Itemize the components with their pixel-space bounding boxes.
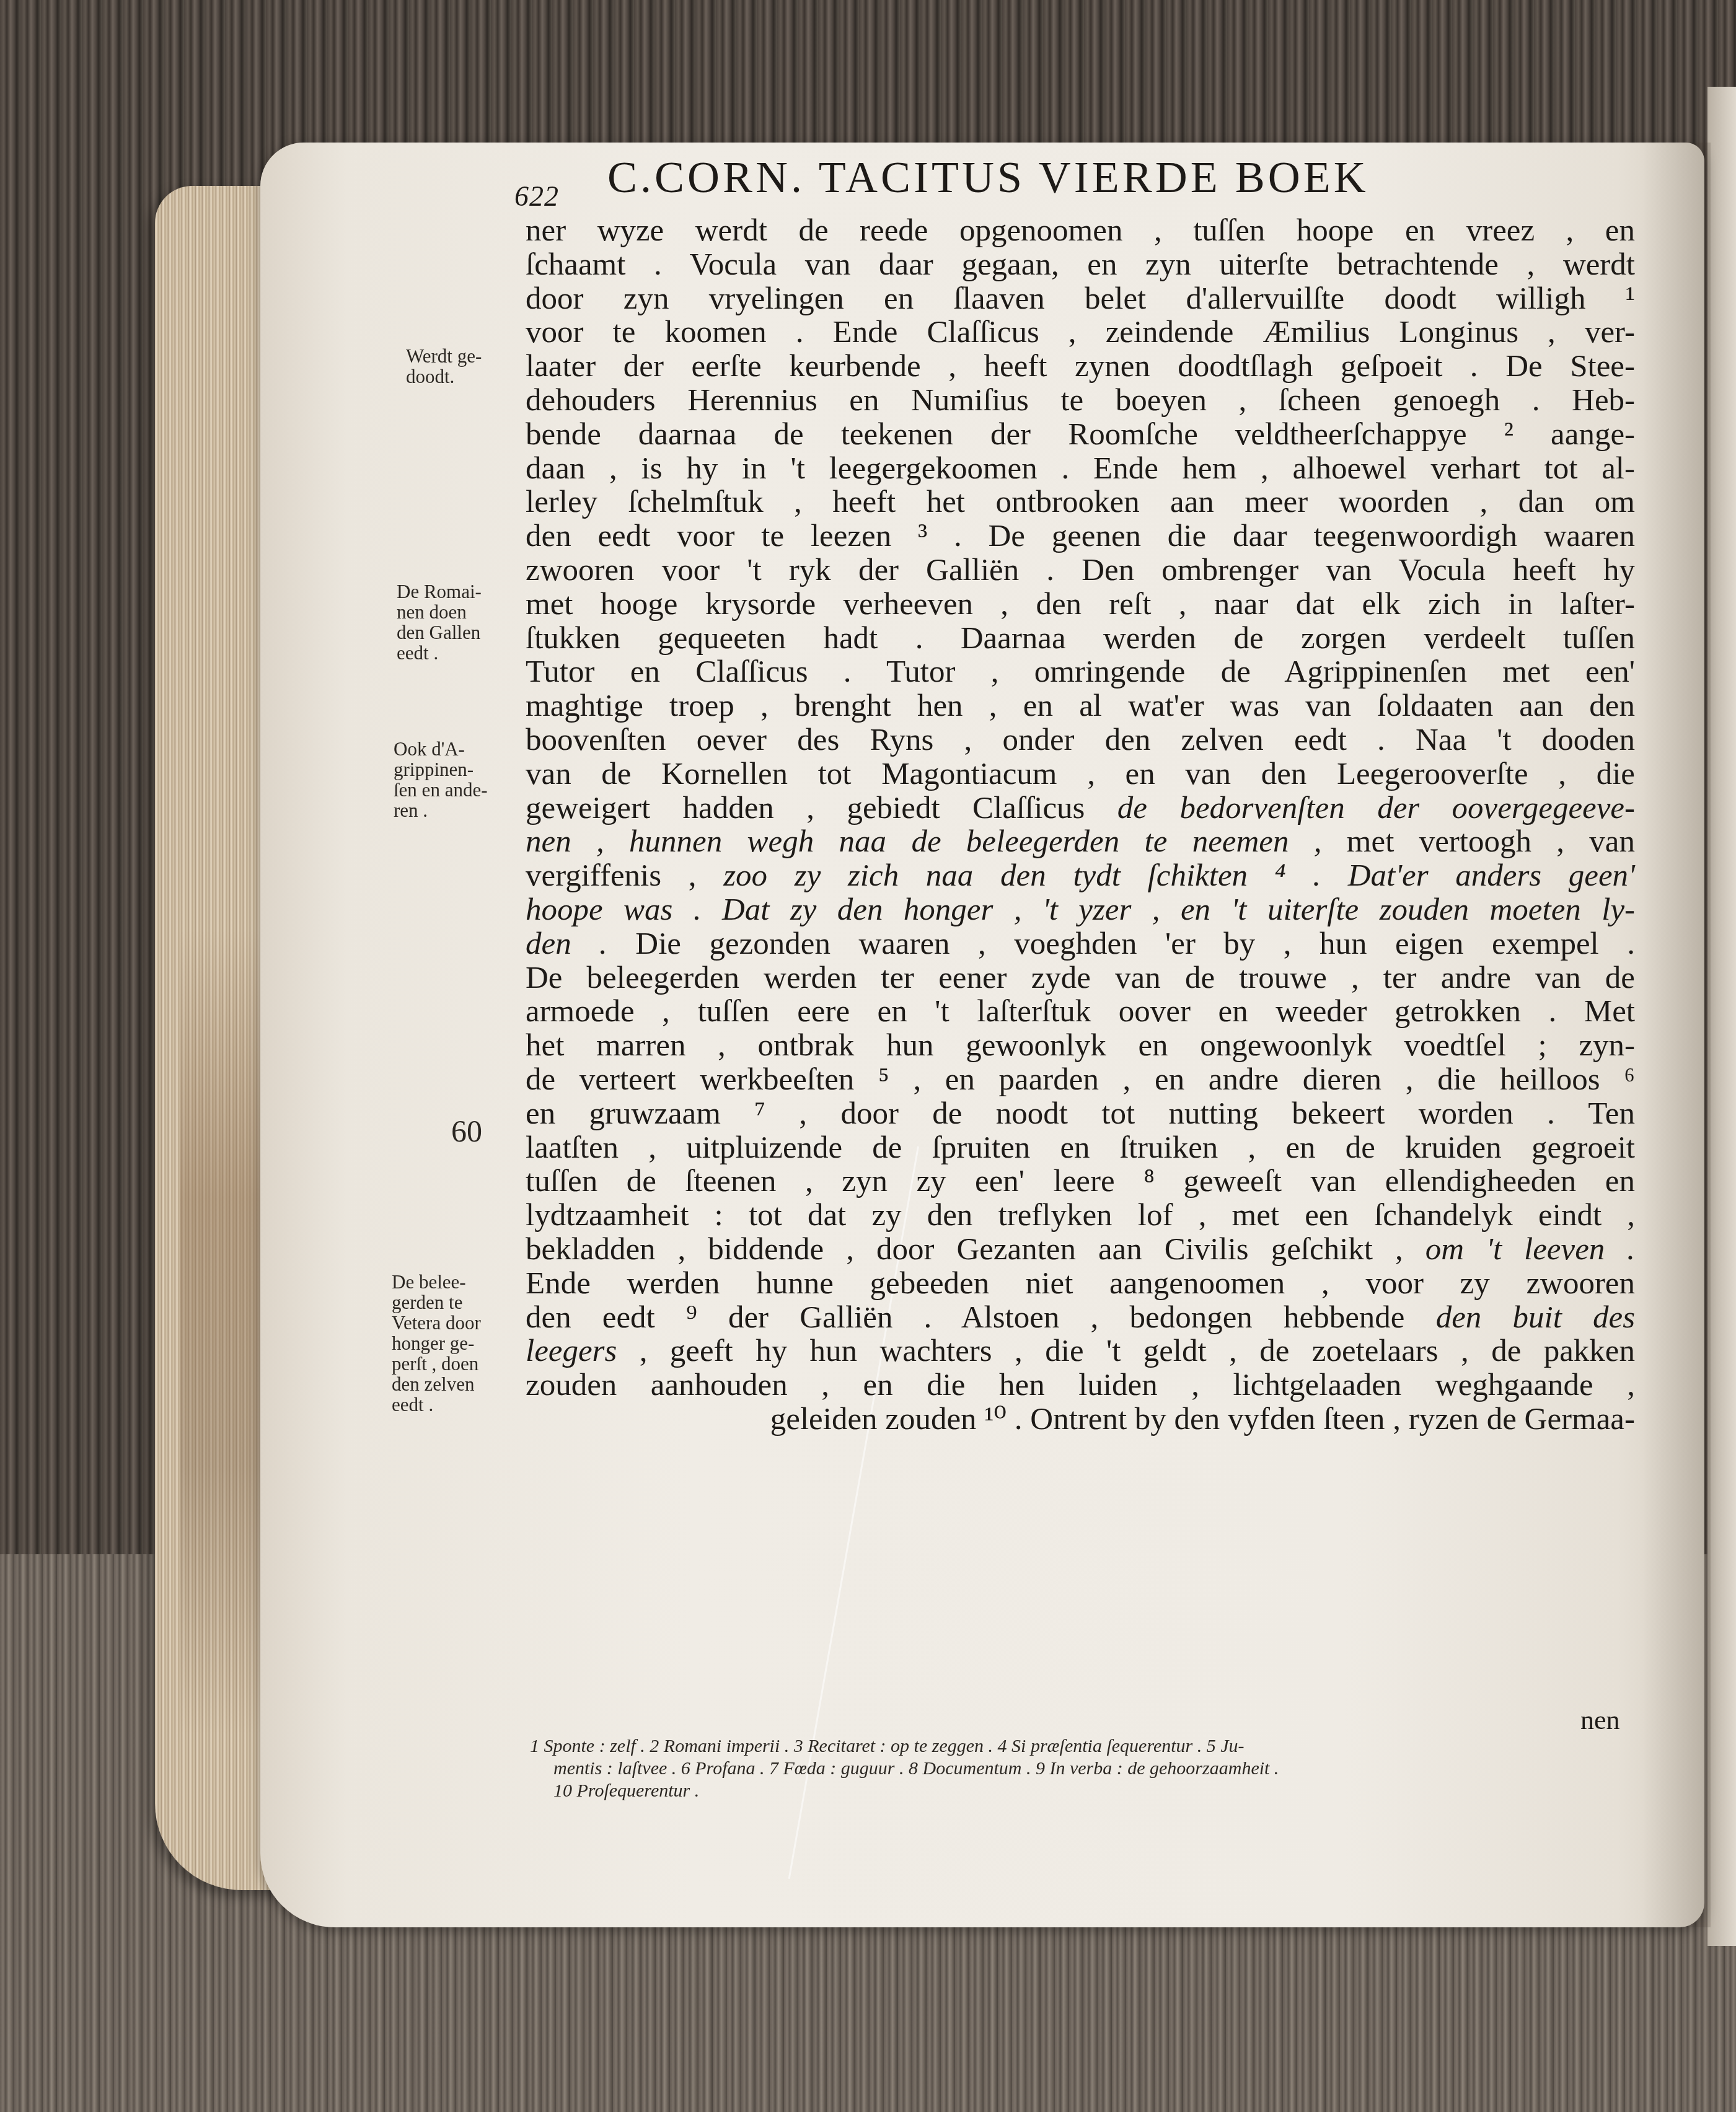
body-line: en gruwzaam ⁷ , door de noodt tot nuttin…	[526, 1097, 1635, 1131]
margin-note-line: De Romai-	[397, 581, 511, 602]
margin-note-line: perſt , doen	[392, 1353, 506, 1374]
italic-span: zoo zy zich naa den tydt ſchikten ⁴ . Da…	[723, 858, 1635, 893]
page-number: 622	[514, 180, 559, 213]
margin-note-line: grippinen-	[394, 759, 508, 780]
body-line: vergiffenis , zoo zy zich naa den tydt ſ…	[526, 859, 1635, 893]
body-text: ner wyze werdt de reede opgenoomen , tuſ…	[526, 214, 1635, 1437]
body-line: lerley ſchelmſtuk , heeft het ontbrooken…	[526, 485, 1635, 519]
facing-page-edge	[1707, 87, 1736, 1946]
body-line: daan , is hy in 't leegergekoomen . Ende…	[526, 452, 1635, 486]
page-header-title: C.CORN. TACITUS VIERDE BOEK	[607, 152, 1369, 203]
body-line: geleiden zouden ¹⁰ . Ontrent by den vyfd…	[526, 1402, 1635, 1437]
body-line: laatſten , uitpluizende de ſpruiten en ſ…	[526, 1131, 1635, 1165]
italic-span: hoope was . Dat zy den honger , 't yzer …	[526, 892, 1635, 927]
body-line: boovenſten oever des Ryns , onder den ze…	[526, 723, 1635, 757]
italic-span: den .	[526, 926, 607, 961]
body-line: bende daarnaa de teekenen der Roomſche v…	[526, 418, 1635, 452]
margin-note-line: den Gallen	[397, 622, 511, 643]
italic-span: den buit des	[1436, 1300, 1635, 1335]
body-line: bekladden , biddende , door Gezanten aan…	[526, 1233, 1635, 1267]
body-line: den . Die gezonden waaren , voeghden 'er…	[526, 927, 1635, 961]
margin-note-line: den zelven	[392, 1374, 506, 1394]
footnote-line: 10 Proſequerentur .	[530, 1780, 1633, 1802]
margin-note-line: Ook d'A-	[394, 739, 508, 759]
margin-note-werdt-gedoodt: Werdt ge- doodt.	[406, 346, 521, 387]
footnote-line: 1 Sponte : zelf . 2 Romani imperii . 3 R…	[530, 1735, 1633, 1758]
margin-note-line: nen doen	[397, 602, 511, 622]
margin-note-line: eedt .	[392, 1394, 506, 1415]
margin-note-line: honger ge-	[392, 1333, 506, 1353]
body-line: met hooge krysorde verheeven , den reſt …	[526, 587, 1635, 622]
body-line: Tutor en Claſſicus . Tutor , omringende …	[526, 655, 1635, 689]
body-line: nen , hunnen wegh naa de beleegerden te …	[526, 825, 1635, 859]
italic-span: nen , hunnen wegh naa de beleegerden te …	[526, 824, 1321, 859]
body-line: leegers , geeft hy hun wachters , die 't…	[526, 1334, 1635, 1368]
margin-note-line: eedt .	[397, 643, 511, 663]
body-line: De beleegerden werden ter eener zyde van…	[526, 961, 1635, 995]
margin-note-agrippinensen: Ook d'A- grippinen- ſen en ande- ren .	[394, 739, 508, 821]
margin-note-line: Vetera door	[392, 1313, 506, 1333]
section-number: 60	[451, 1113, 482, 1149]
body-line: hoope was . Dat zy den honger , 't yzer …	[526, 893, 1635, 927]
body-line: Ende werden hunne gebeeden niet aangenoo…	[526, 1267, 1635, 1301]
body-line: den eedt ⁹ der Galliën . Alstoen , bedon…	[526, 1301, 1635, 1335]
body-line: dehouders Herennius en Numiſius te boeye…	[526, 384, 1635, 418]
body-line: den eedt voor te leezen ³ . De geenen di…	[526, 519, 1635, 553]
margin-note-line: doodt.	[406, 366, 521, 387]
body-line: laater der eerſte keurbende , heeft zyne…	[526, 350, 1635, 384]
running-head: 622 C.CORN. TACITUS VIERDE BOEK	[514, 152, 1680, 201]
body-line: ſtukken gequeeten hadt . Daarnaa werden …	[526, 622, 1635, 656]
margin-note-line: gerden te	[392, 1292, 506, 1313]
fore-edge-stain	[180, 930, 267, 1735]
italic-span: de bedorvenſten der oovergegeeve-	[1117, 791, 1635, 825]
body-line: voor te koomen . Ende Claſſicus , zeinde…	[526, 315, 1635, 350]
body-line: ner wyze werdt de reede opgenoomen , tuſ…	[526, 214, 1635, 248]
catchword: nen	[1580, 1704, 1620, 1736]
body-line: zouden aanhouden , en die hen luiden , l…	[526, 1368, 1635, 1402]
margin-note-line: ſen en ande-	[394, 780, 508, 800]
body-line: lydtzaamheit : tot dat zy den treflyken …	[526, 1199, 1635, 1233]
italic-span: om 't leeven .	[1425, 1232, 1635, 1267]
body-line: tuſſen de ſteenen , zyn zy een' leere ⁸ …	[526, 1164, 1635, 1199]
body-line: door zyn vryelingen en ſlaaven belet d'a…	[526, 282, 1635, 316]
margin-note-line: ren .	[394, 800, 508, 821]
body-line: het marren , ontbrak hun gewoonlyk en on…	[526, 1029, 1635, 1063]
margin-note-romainen-eedt: De Romai- nen doen den Gallen eedt .	[397, 581, 511, 663]
italic-span: leegers	[526, 1334, 617, 1368]
margin-note-line: De belee-	[392, 1272, 506, 1292]
body-line: van de Kornellen tot Magontiacum , en va…	[526, 757, 1635, 791]
body-line: maghtige troep , brenght hen , en al wat…	[526, 689, 1635, 723]
body-line: armoede , tuſſen eere en 't laſterſtuk o…	[526, 995, 1635, 1029]
body-line: de verteert werkbeeſten ⁵ , en paarden ,…	[526, 1063, 1635, 1097]
body-line: zwooren voor 't ryk der Galliën . Den om…	[526, 553, 1635, 587]
footnote-line: mentis : laſtvee . 6 Profana . 7 Fœda : …	[530, 1758, 1633, 1780]
body-line: geweigert hadden , gebiedt Claſſicus de …	[526, 791, 1635, 825]
margin-note-beleegerden-vetera: De belee- gerden te Vetera door honger g…	[392, 1272, 506, 1415]
body-line: ſchaamt . Vocula van daar gegaan, en zyn…	[526, 248, 1635, 282]
footnotes: 1 Sponte : zelf . 2 Romani imperii . 3 R…	[530, 1735, 1633, 1802]
margin-note-line: Werdt ge-	[406, 346, 521, 366]
